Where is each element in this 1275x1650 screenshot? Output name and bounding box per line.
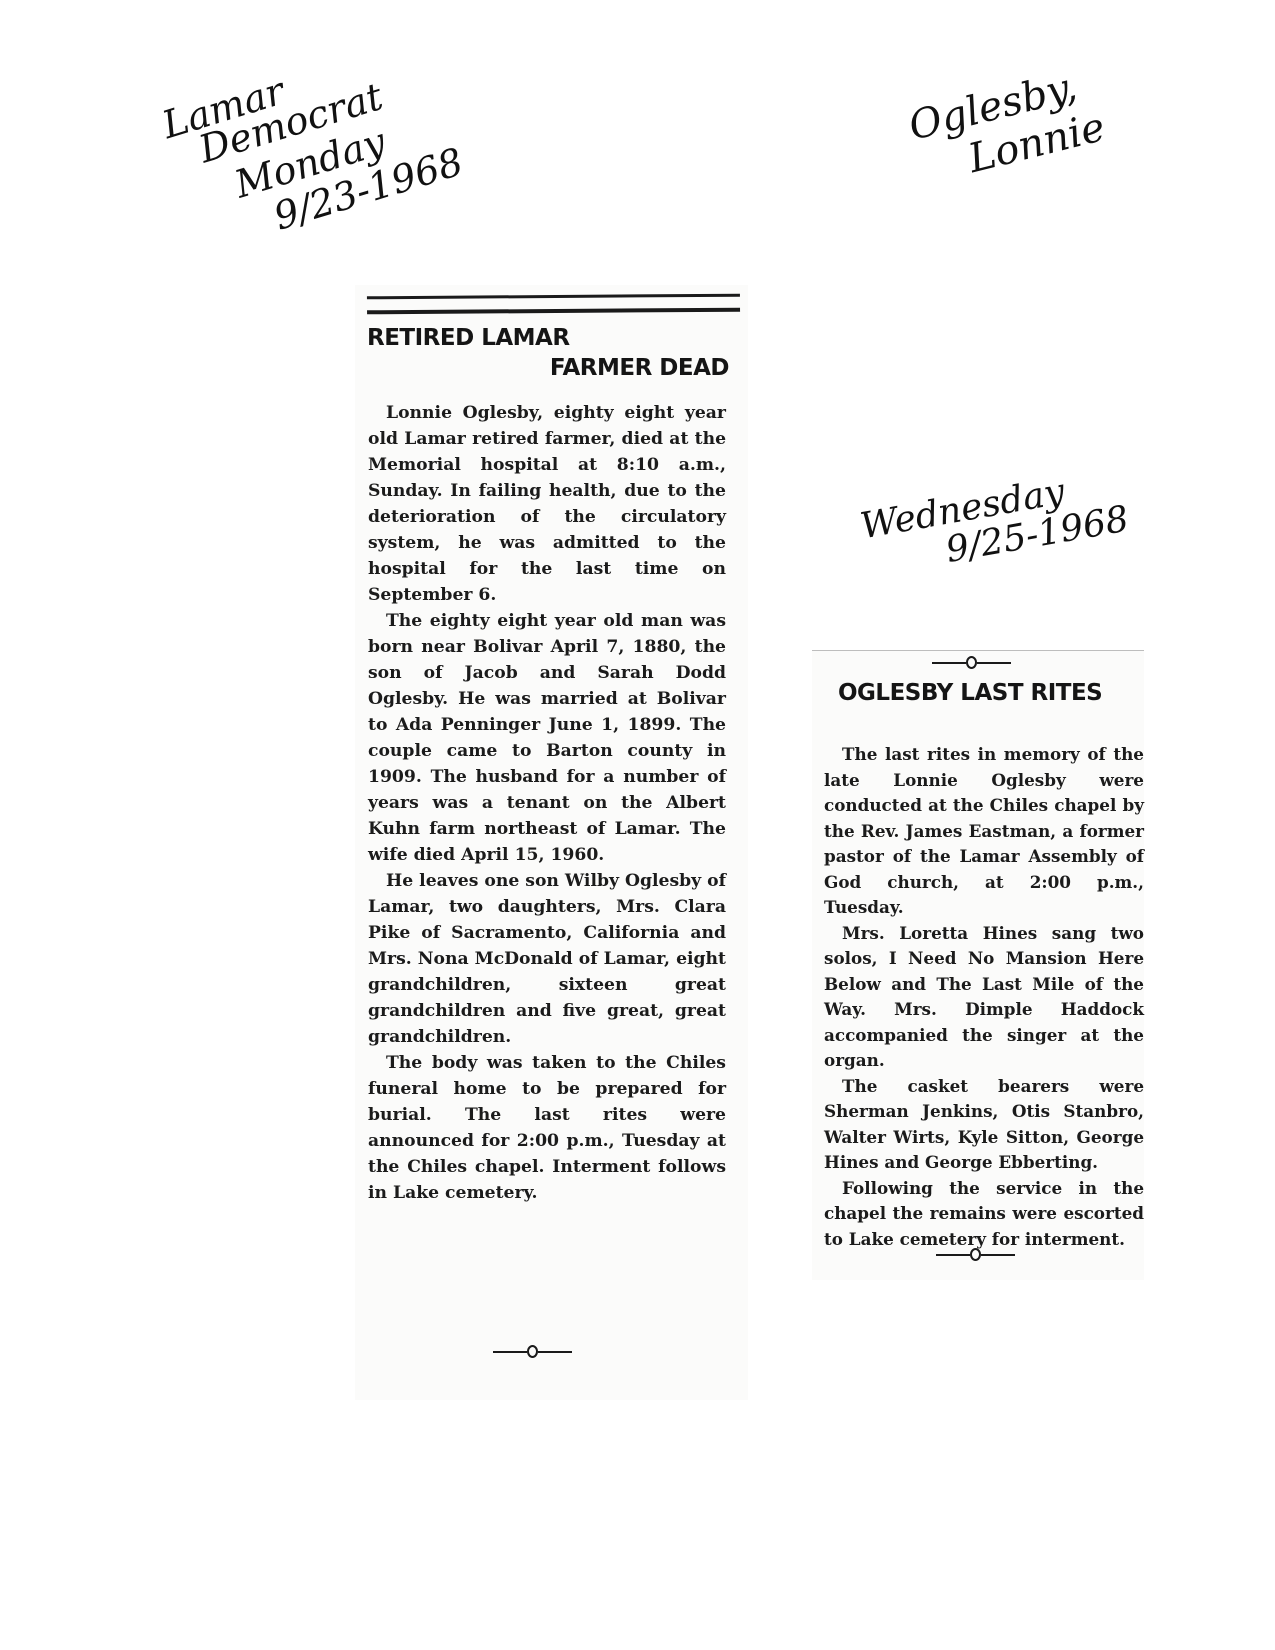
obituary-headline: RETIRED LAMAR FARMER DEAD bbox=[367, 323, 729, 383]
paragraph: The casket bearers were Sherman Jenkins,… bbox=[824, 1074, 1144, 1176]
paragraph: The last rites in memory of the late Lon… bbox=[824, 742, 1144, 921]
top-ornament-divider bbox=[932, 656, 1011, 669]
paragraph: Mrs. Loretta Hines sang two solos, I Nee… bbox=[824, 921, 1144, 1074]
paragraph: He leaves one son Wilby Oglesby of Lamar… bbox=[368, 868, 726, 1050]
obituary-body: Lonnie Oglesby, eighty eight year old La… bbox=[368, 400, 726, 1206]
end-ornament-divider bbox=[936, 1248, 1015, 1261]
paragraph: The eighty eight year old man was born n… bbox=[368, 608, 726, 868]
paragraph: Lonnie Oglesby, eighty eight year old La… bbox=[368, 400, 726, 608]
headline-line-1: RETIRED LAMAR bbox=[367, 325, 570, 351]
clipping-edge bbox=[812, 650, 1144, 651]
last-rites-body: The last rites in memory of the late Lon… bbox=[824, 742, 1144, 1252]
end-ornament-divider bbox=[493, 1345, 572, 1358]
handwritten-newspaper-date-note: Lamar Democrat Monday 9/23-1968 bbox=[158, 28, 467, 259]
handwritten-second-date-note: Wednesday 9/25-1968 bbox=[858, 464, 1131, 583]
last-rites-headline: OGLESBY LAST RITES bbox=[838, 680, 1102, 706]
paragraph: Following the service in the chapel the … bbox=[824, 1176, 1144, 1253]
headline-line-2: FARMER DEAD bbox=[367, 353, 729, 383]
handwritten-name-note: Oglesby, Lonnie bbox=[905, 62, 1109, 191]
paragraph: The body was taken to the Chiles funeral… bbox=[368, 1050, 726, 1206]
double-rule-divider bbox=[367, 294, 740, 315]
obituary-clipping: RETIRED LAMAR FARMER DEAD Lonnie Oglesby… bbox=[355, 285, 748, 1400]
last-rites-clipping: OGLESBY LAST RITES The last rites in mem… bbox=[812, 650, 1144, 1280]
